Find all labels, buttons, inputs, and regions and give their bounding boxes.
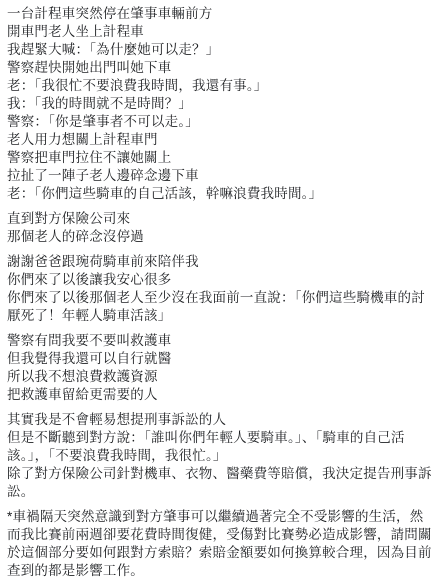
post-body: 一台計程車突然停在肇事車輛前方 開車門老人坐上計程車 我趕緊大喊：「為什麼她可以…	[7, 5, 429, 580]
post-paragraph-1: 一台計程車突然停在肇事車輛前方 開車門老人坐上計程車 我趕緊大喊：「為什麼她可以…	[7, 5, 429, 203]
post-paragraph-5: 其實我是不會輕易想提刑事訴訟的人 但是不斷聽到對方說：「誰叫你們年輕人要騎車。」…	[7, 411, 429, 501]
post-paragraph-4: 警察有問我要不要叫救護車 但我覺得我還可以自行就醫 所以我不想浪費救護資源 把救…	[7, 332, 429, 404]
post-paragraph-2: 直到對方保險公司來 那個老人的碎念沒停過	[7, 210, 429, 246]
post-paragraph-6: *車禍隔天突然意識到對方肇事可以繼續過著完全不受影響的生活，然 而我比賽前兩週卻…	[7, 508, 429, 580]
post-paragraph-3: 謝謝爸爸跟琬荷騎車前來陪伴我 你們來了以後讓我安心很多 你們來了以後那個老人至少…	[7, 253, 429, 325]
